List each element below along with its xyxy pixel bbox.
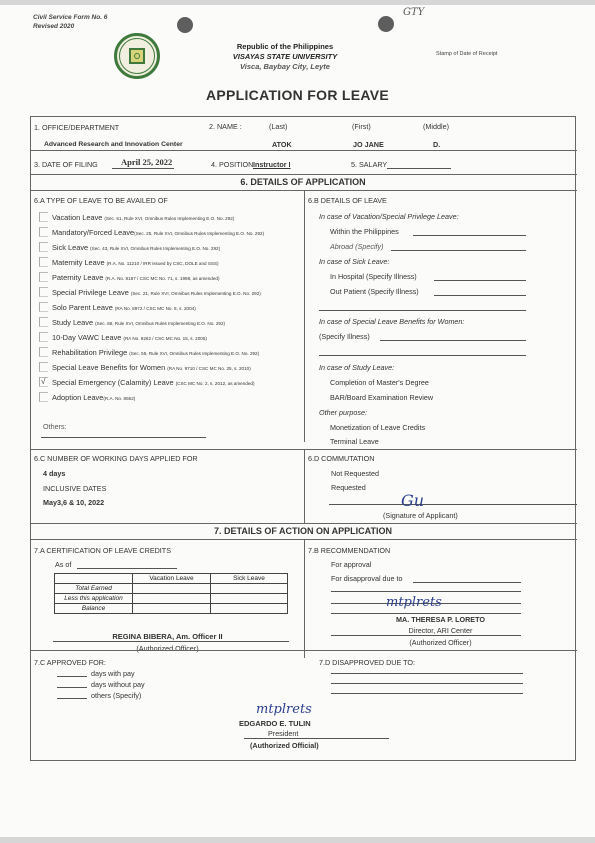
leave-special-privilege: Special Privilege Leave bbox=[52, 288, 129, 297]
first-name-value[interactable]: JO JANE bbox=[353, 140, 384, 149]
requested-option[interactable]: Requested bbox=[331, 483, 366, 492]
form-number-text: Civil Service Form No. 6 bbox=[33, 13, 107, 22]
others-specify-label: others (Specify) bbox=[91, 691, 141, 700]
revised-text: Revised 2020 bbox=[33, 22, 107, 31]
leave-women-benefits: Special Leave Benefits for Women bbox=[52, 363, 165, 372]
form-title: APPLICATION FOR LEAVE bbox=[0, 87, 595, 103]
col-vacation-leave: Vacation Leave bbox=[133, 574, 211, 584]
checkbox-study[interactable] bbox=[39, 317, 48, 327]
leave-special-emergency: Special Emergency (Calamity) Leave bbox=[52, 378, 174, 387]
checkbox-vawc[interactable] bbox=[39, 332, 48, 342]
days-without-pay-label: days without pay bbox=[91, 680, 145, 689]
punch-hole-icon bbox=[378, 16, 394, 32]
document-page: Civil Service Form No. 6 Revised 2020 GT… bbox=[0, 5, 595, 837]
abroad-label: Abroad (Specify) bbox=[330, 242, 384, 251]
specify-illness-label: (Specify Illness) bbox=[319, 332, 370, 341]
leave-ref: (R.A. No. 8187 / CSC MC No. 71, s. 1998,… bbox=[105, 276, 219, 281]
for-approval-option[interactable]: For approval bbox=[331, 560, 371, 569]
checkbox-adoption[interactable] bbox=[39, 392, 48, 402]
checkbox-rehabilitation[interactable] bbox=[39, 347, 48, 357]
table-row: Balance bbox=[55, 604, 288, 614]
checkbox-vacation[interactable] bbox=[39, 212, 48, 222]
others-label: Others: bbox=[43, 422, 67, 431]
republic-text: Republic of the Philippines bbox=[180, 42, 390, 52]
for-disapproval-option[interactable]: For disapproval due to bbox=[331, 574, 403, 583]
days-with-pay-field[interactable] bbox=[57, 676, 87, 677]
within-philippines-field[interactable] bbox=[413, 235, 526, 236]
as-of-field[interactable] bbox=[77, 568, 177, 569]
col-sick-leave: Sick Leave bbox=[211, 574, 288, 584]
checkbox-paternity[interactable] bbox=[39, 272, 48, 282]
leave-ref: (Sec. 55, Rule XVI, Omnibus Rules Implem… bbox=[129, 351, 259, 356]
inclusive-dates-label: INCLUSIVE DATES bbox=[43, 484, 106, 493]
disapproved-reason-line[interactable] bbox=[331, 683, 523, 684]
checkbox-solo-parent[interactable] bbox=[39, 302, 48, 312]
salary-label: 5. SALARY bbox=[351, 160, 387, 169]
out-patient-field[interactable] bbox=[434, 295, 526, 296]
certifying-officer-name: REGINA BIBERA, Am. Officer II bbox=[31, 632, 304, 641]
applicant-signature-label: (Signature of Applicant) bbox=[383, 511, 458, 520]
leave-ref: (Sec. 68, Rule XVI, Omnibus Rules Implem… bbox=[95, 321, 225, 326]
university-seal-logo bbox=[114, 33, 160, 79]
section-7a-title: 7.A CERTIFICATION OF LEAVE CREDITS bbox=[34, 546, 171, 555]
disapproved-reason-line[interactable] bbox=[331, 693, 523, 694]
university-name: VISAYAS STATE UNIVERSITY bbox=[180, 52, 390, 62]
last-name-value[interactable]: ATOK bbox=[272, 140, 292, 149]
checkbox-women-benefits[interactable] bbox=[39, 362, 48, 372]
certifying-officer-role: (Authorized Officer) bbox=[31, 644, 304, 653]
first-name-label: (First) bbox=[352, 122, 371, 131]
leave-ref: (Sec. 21, Rule XVI, Omnibus Rules Implem… bbox=[131, 291, 261, 296]
checkbox-mandatory[interactable] bbox=[39, 227, 48, 237]
section-6c-title: 6.C NUMBER OF WORKING DAYS APPLIED FOR bbox=[34, 454, 198, 463]
office-label: 1. OFFICE/DEPARTMENT bbox=[34, 123, 119, 132]
checkbox-sick[interactable] bbox=[39, 242, 48, 252]
position-label: 4. POSITION bbox=[211, 160, 253, 169]
recommender-signature: mtplrets bbox=[386, 595, 442, 610]
study-heading: In case of Study Leave: bbox=[319, 363, 394, 372]
punch-hole-icon bbox=[177, 17, 193, 33]
date-label: 3. DATE OF FILING bbox=[34, 160, 98, 169]
women-extra-field[interactable] bbox=[319, 355, 526, 356]
recommending-officer-position: Director, ARI Center bbox=[304, 626, 577, 635]
sick-extra-field[interactable] bbox=[319, 310, 526, 311]
leave-mandatory: Mandatory/Forced Leave bbox=[52, 228, 134, 237]
section-7c-title: 7.C APPROVED FOR: bbox=[34, 658, 106, 667]
abroad-field[interactable] bbox=[391, 250, 526, 251]
checkbox-special-privilege[interactable] bbox=[39, 287, 48, 297]
official-signature: mtplrets bbox=[256, 702, 312, 717]
handwritten-mark: GTY bbox=[403, 7, 424, 18]
form-number: Civil Service Form No. 6 Revised 2020 bbox=[33, 13, 107, 31]
others-field[interactable] bbox=[41, 437, 206, 438]
approving-official-role: (Authorized Official) bbox=[250, 741, 319, 750]
stamp-label: Stamp of Date of Receipt bbox=[436, 51, 497, 57]
middle-name-value[interactable]: D. bbox=[433, 140, 440, 149]
leave-form: 1. OFFICE/DEPARTMENT 2. NAME : (Last) (F… bbox=[30, 116, 576, 761]
letterhead: Republic of the Philippines VISAYAS STAT… bbox=[180, 42, 390, 72]
as-of-label: As of bbox=[55, 560, 71, 569]
recommending-officer-name: MA. THERESA P. LORETO bbox=[304, 615, 577, 624]
leave-vawc: 10-Day VAWC Leave bbox=[52, 333, 121, 342]
leave-ref: (RA No. 9710 / CSC MC No. 25, s. 2010) bbox=[167, 366, 251, 371]
leave-ref: (Sec. 51, Rule XVI, Omnibus Rules Implem… bbox=[104, 216, 234, 221]
section-6b-title: 6.B DETAILS OF LEAVE bbox=[308, 196, 387, 205]
out-patient-label: Out Patient (Specify Illness) bbox=[330, 287, 419, 296]
in-hospital-label: In Hospital (Specify Illness) bbox=[330, 272, 417, 281]
leave-adoption: Adoption Leave bbox=[52, 393, 103, 402]
table-row: Less this application bbox=[55, 594, 288, 604]
others-specify-field[interactable] bbox=[57, 698, 87, 699]
applicant-signature: Gu bbox=[401, 491, 424, 510]
within-philippines-label: Within the Philippines bbox=[330, 227, 399, 236]
leave-ref: (Sec. 43, Rule XVI, Omnibus Rules Implem… bbox=[90, 246, 220, 251]
leave-rehabilitation: Rehabilitation Privilege bbox=[52, 348, 127, 357]
working-days-value[interactable]: 4 days bbox=[43, 469, 65, 478]
leave-sick: Sick Leave bbox=[52, 243, 88, 252]
section-6-title: 6. DETAILS OF APPLICATION bbox=[31, 177, 575, 187]
date-value[interactable]: April 25, 2022 bbox=[121, 157, 172, 167]
section-7d-title: 7.D DISAPPROVED DUE TO: bbox=[319, 658, 415, 667]
section-6d-title: 6.D COMMUTATION bbox=[308, 454, 374, 463]
leave-maternity: Maternity Leave bbox=[52, 258, 105, 267]
specify-illness-field[interactable] bbox=[380, 340, 526, 341]
name-label: 2. NAME : bbox=[209, 122, 242, 131]
section-7-title: 7. DETAILS OF ACTION ON APPLICATION bbox=[31, 526, 575, 536]
inclusive-dates-value[interactable]: May3,6 & 10, 2022 bbox=[43, 498, 104, 507]
section-6a-title: 6.A TYPE OF LEAVE TO BE AVAILED OF bbox=[34, 196, 168, 205]
leave-ref: (RA No. 9262 / CSC MC No. 15, s. 2005) bbox=[123, 336, 207, 341]
university-location: Visca, Baybay City, Leyte bbox=[180, 62, 390, 72]
checkbox-maternity[interactable] bbox=[39, 257, 48, 267]
last-name-label: (Last) bbox=[269, 122, 287, 131]
bar-review-option[interactable]: BAR/Board Examination Review bbox=[330, 393, 433, 402]
days-without-pay-field[interactable] bbox=[57, 687, 87, 688]
sick-heading: In case of Sick Leave: bbox=[319, 257, 389, 266]
monetization-option[interactable]: Monetization of Leave Credits bbox=[330, 423, 425, 432]
leave-ref: (CSC MC No. 2, s. 2012, as amended) bbox=[176, 381, 255, 386]
leave-ref: (Sec. 25, Rule XVI, Omnibus Rules Implem… bbox=[134, 231, 264, 236]
checkbox-special-emergency[interactable]: √ bbox=[39, 377, 48, 387]
section-7b-title: 7.B RECOMMENDATION bbox=[308, 546, 390, 555]
other-purpose-heading: Other purpose: bbox=[319, 408, 367, 417]
disapproved-reason-line[interactable] bbox=[331, 673, 523, 674]
office-value[interactable]: Advanced Research and Innovation Center bbox=[44, 141, 183, 148]
days-with-pay-label: days with pay bbox=[91, 669, 135, 678]
approving-official-position: President bbox=[268, 729, 298, 738]
table-row: Total Earned bbox=[55, 584, 288, 594]
not-requested-option[interactable]: Not Requested bbox=[331, 469, 379, 478]
salary-field[interactable] bbox=[387, 168, 451, 169]
leave-ref: (RA No. 8972 / CSC MC No. 8, s. 2004) bbox=[115, 306, 196, 311]
terminal-leave-option[interactable]: Terminal Leave bbox=[330, 437, 379, 446]
position-value[interactable]: Instructor I bbox=[253, 160, 291, 169]
in-hospital-field[interactable] bbox=[434, 280, 526, 281]
vacation-heading: In case of Vacation/Special Privilege Le… bbox=[319, 212, 459, 221]
recommending-officer-role: (Authorized Officer) bbox=[304, 638, 577, 647]
approving-official-name: EDGARDO E. TULIN bbox=[239, 719, 311, 728]
leave-ref: (R.A. No. 8552) bbox=[103, 396, 135, 401]
leave-credits-table: Vacation Leave Sick Leave Total Earned L… bbox=[54, 573, 288, 614]
women-heading: In case of Special Leave Benefits for Wo… bbox=[319, 317, 464, 326]
disapproval-reason-field[interactable] bbox=[413, 582, 521, 583]
leave-vacation: Vacation Leave bbox=[52, 213, 102, 222]
middle-name-label: (Middle) bbox=[423, 122, 449, 131]
leave-ref: (R.A. No. 11210 / IRR issued by CSC, DOL… bbox=[107, 261, 219, 266]
leave-solo-parent: Solo Parent Leave bbox=[52, 303, 113, 312]
leave-paternity: Paternity Leave bbox=[52, 273, 103, 282]
masters-option[interactable]: Completion of Master's Degree bbox=[330, 378, 429, 387]
leave-study: Study Leave bbox=[52, 318, 93, 327]
